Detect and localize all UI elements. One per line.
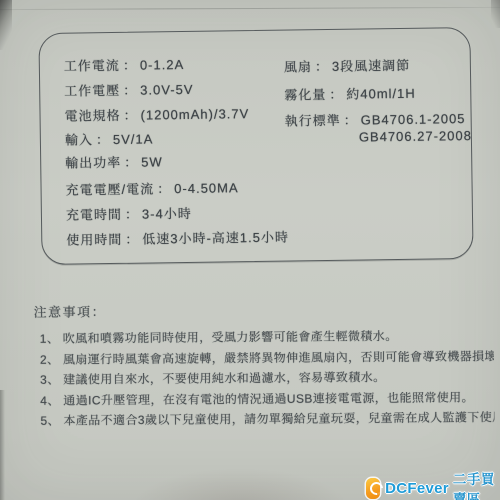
- precaution-item-4: 4、 通過IC升壓管理，在沒有電池的情況通過USB連接電電源，也能照常使用。: [32, 391, 494, 408]
- product-box-photo: 工作電流：0-1.2A 工作電壓：3.0V-5V 電池規格：(1200mAh)/…: [0, 0, 500, 500]
- separator: ：: [122, 207, 142, 222]
- spec-value: 0-1.2A: [140, 57, 185, 73]
- spec-label: 風扇: [284, 59, 312, 74]
- photo-shadow-smudge: [130, 468, 350, 500]
- item-number: 3、: [32, 374, 63, 387]
- separator: ：: [341, 113, 361, 128]
- separator: ：: [120, 58, 140, 73]
- precaution-item-3: 3、 建議使用自來水，不要使用純水和過濾水，容易導致積水。: [32, 370, 494, 387]
- photo-vignette-top-left: [0, 0, 12, 50]
- spec-label: 工作電流: [64, 58, 120, 74]
- spec-atomization: 霧化量：約40ml/1H: [284, 83, 416, 104]
- spec-standard: 執行標準：GB4706.1-2005: [285, 108, 466, 130]
- item-number: 1、: [32, 333, 63, 346]
- spec-input: 輸入：5V/1A: [65, 128, 154, 148]
- spec-label: 執行標準: [285, 113, 341, 129]
- item-text: 通過IC升壓管理，在沒有電池的情況通過USB連接電電源，也能照常使用。: [63, 391, 474, 407]
- photo-vignette-top-right: [491, 0, 500, 28]
- spec-working-current: 工作電流：0-1.2A: [64, 54, 185, 75]
- separator: ：: [154, 181, 174, 196]
- spec-battery: 電池規格：(1200mAh)/3.7V: [64, 103, 249, 125]
- spec-label: 電池規格: [64, 108, 120, 124]
- separator: ：: [122, 232, 142, 247]
- spec-value: (1200mAh)/3.7V: [140, 106, 249, 123]
- spec-label: 輸出功率: [65, 155, 121, 171]
- separator: ：: [120, 83, 140, 98]
- precaution-item-1: 1、 吹風和噴霧功能同時使用，受風力影響可能會產生輕微積水。: [32, 329, 494, 346]
- spec-label: 輸入: [65, 132, 93, 147]
- item-number: 2、: [32, 353, 63, 366]
- spec-label: 工作電壓: [64, 83, 120, 99]
- item-number: 4、: [32, 394, 63, 407]
- spec-panel: 工作電流：0-1.2A 工作電壓：3.0V-5V 電池規格：(1200mAh)/…: [38, 27, 473, 265]
- precautions-title: 注意事項：: [33, 298, 493, 321]
- spec-value: 約40ml/1H: [346, 86, 416, 102]
- separator: ：: [326, 87, 346, 102]
- separator: ：: [93, 132, 113, 147]
- spec-usage-time: 使用時間：低速3小時-高速1.5小時: [66, 227, 289, 249]
- spec-working-voltage: 工作電壓：3.0V-5V: [64, 79, 194, 100]
- dcfever-logo-icon: [366, 478, 380, 499]
- spec-label: 使用時間: [66, 232, 122, 248]
- dcfever-watermark: DCFever 二手買賣區: [366, 468, 500, 500]
- spec-charge-voltage-current: 充電電壓/電流：0-4.50MA: [65, 177, 238, 198]
- spec-value: 低速3小時-高速1.5小時: [142, 230, 289, 247]
- spec-label: 霧化量: [284, 87, 326, 103]
- item-text: 本產品不適合3歲以下兒童使用，請勿單獨給兒童玩耍，兒童需在成人監護下使用。: [63, 411, 494, 427]
- box-fold-line: [0, 7, 500, 10]
- item-text: 風扇運行時風葉會高速旋轉，嚴禁將異物伸進風扇內，否則可能會導致機器損壞。: [63, 350, 494, 366]
- spec-charge-time: 充電時間：3-4小時: [66, 203, 192, 224]
- spec-value: 5V/1A: [113, 131, 154, 147]
- spec-fan: 風扇：3段風速調節: [284, 55, 411, 76]
- spec-standard-line2: GB4706.27-2008: [359, 128, 472, 145]
- spec-output-power: 輸出功率：5W: [65, 151, 163, 171]
- watermark-suffix-text: 二手買賣區: [453, 468, 500, 500]
- spec-value: 0-4.50MA: [174, 180, 239, 196]
- spec-value: 5W: [141, 154, 163, 169]
- spec-value: 3-4小時: [142, 206, 192, 222]
- spec-value: 3.0V-5V: [140, 82, 193, 98]
- precaution-item-2: 2、 風扇運行時風葉會高速旋轉，嚴禁將異物伸進風扇內，否則可能會導致機器損壞。: [32, 350, 494, 367]
- photo-vignette-left-edge: [0, 390, 5, 500]
- spec-label: 充電時間: [66, 207, 122, 223]
- watermark-brand-text: DCFever: [385, 480, 449, 497]
- item-text: 建議使用自來水，不要使用純水和過濾水，容易導致積水。: [63, 371, 385, 387]
- item-text: 吹風和噴霧功能同時使用，受風力影響可能會產生輕微積水。: [63, 330, 398, 346]
- item-number: 5、: [32, 415, 63, 428]
- spec-label: 充電電壓/電流: [65, 181, 154, 197]
- spec-value: GB4706.1-2005: [361, 111, 466, 127]
- separator: ：: [121, 155, 141, 170]
- precautions-section: 注意事項： 1、 吹風和噴霧功能同時使用，受風力影響可能會產生輕微積水。 2、 …: [31, 298, 494, 435]
- dcfever-c-glyph: [367, 479, 385, 497]
- spec-value: 3段風速調節: [332, 58, 410, 74]
- separator: ：: [312, 59, 332, 74]
- precaution-item-5: 5、 本產品不適合3歲以下兒童使用，請勿單獨給兒童玩耍，兒童需在成人監護下使用。: [32, 411, 494, 428]
- separator: ：: [120, 108, 140, 123]
